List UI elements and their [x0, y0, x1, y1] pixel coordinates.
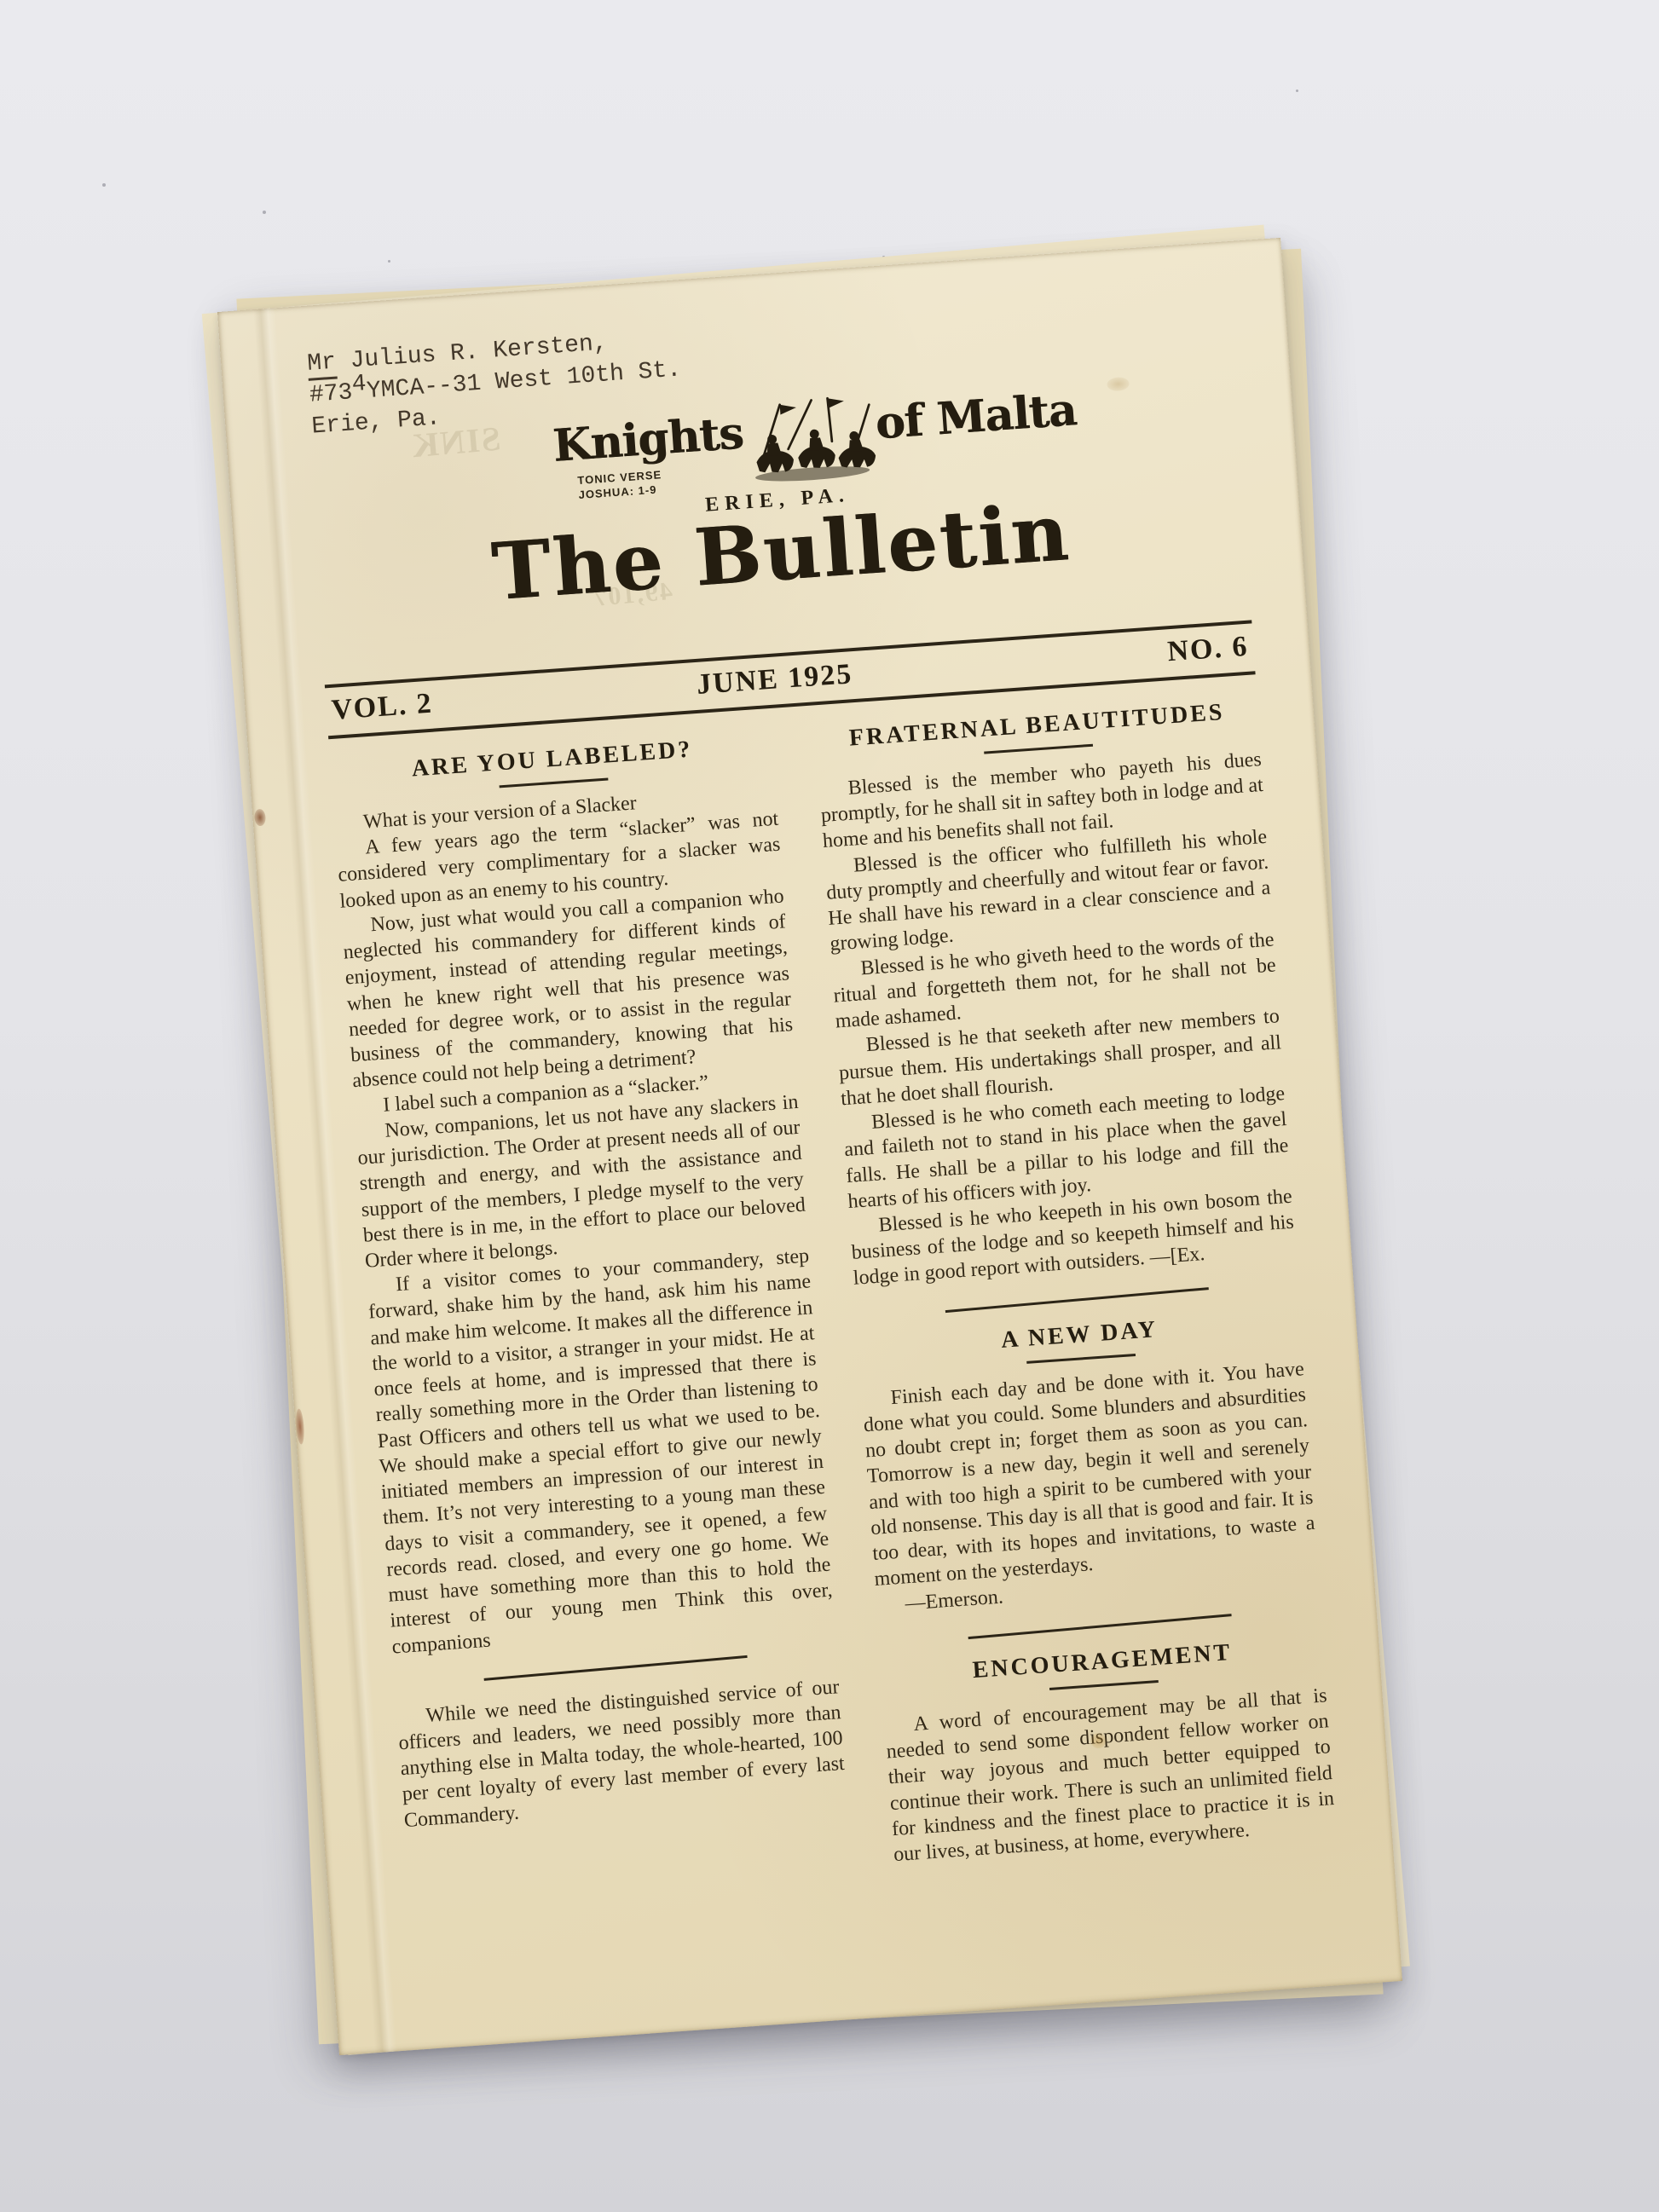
article-columns: ARE YOU LABELED? What is your version of… — [330, 693, 1337, 1902]
heading-rule — [984, 744, 1093, 754]
rust-stain — [254, 809, 266, 827]
issue-number: NO. 6 — [1166, 631, 1249, 669]
paragraph: Now, companions, let us not have any sla… — [355, 1089, 808, 1274]
article-loyalty-note: While we need the distinguished service … — [396, 1674, 847, 1834]
heading-rule — [1049, 1680, 1159, 1690]
paragraph: While we need the distinguished service … — [396, 1674, 847, 1834]
left-column: ARE YOU LABELED? What is your version of… — [330, 727, 853, 1902]
article-heading: A NEW DAY — [858, 1306, 1302, 1364]
paragraph: A word of encouragement may be all that … — [884, 1683, 1337, 1868]
paragraph: Finish each day and be done with it. You… — [861, 1356, 1318, 1593]
photo-backdrop: SINK 49,107 Mr Julius R. Kersten, #734YM… — [0, 0, 1659, 2212]
dust-speck — [263, 211, 266, 214]
article-encouragement: ENCOURAGEMENT A word of encouragement ma… — [881, 1632, 1338, 1868]
dust-speck — [388, 260, 390, 263]
masthead-area: Mr Julius R. Kersten, #734YMCA--31 West … — [301, 280, 1251, 684]
heading-rule — [500, 777, 609, 788]
section-divider-rule — [968, 1614, 1232, 1639]
article-heading: ARE YOU LABELED? — [330, 731, 774, 788]
typed-overstrike-digit: 4 — [351, 369, 367, 401]
knights-on-horseback-illustration — [736, 391, 885, 488]
dust-speck — [102, 183, 106, 187]
article-fraternal-beautitudes: FRATERNAL BEAUTITUDES Blessed is the mem… — [815, 696, 1297, 1291]
article-heading: FRATERNAL BEAUTITUDES — [815, 696, 1259, 754]
paragraph: If a visitor comes to your commandery, s… — [366, 1244, 835, 1660]
dust-speck — [1296, 90, 1298, 92]
masthead-word-knights: Knights — [551, 407, 744, 471]
heading-rule — [1026, 1354, 1136, 1364]
address-salutation: Mr — [306, 349, 337, 381]
article-are-you-labeled: ARE YOU LABELED? What is your version of… — [330, 731, 835, 1660]
section-divider-rule — [945, 1287, 1209, 1313]
bulletin-front-page: SINK 49,107 Mr Julius R. Kersten, #734YM… — [217, 238, 1402, 2055]
right-column: FRATERNAL BEAUTITUDES Blessed is the mem… — [814, 693, 1337, 1868]
article-a-new-day: A NEW DAY Finish each day and be done wi… — [858, 1306, 1320, 1619]
section-divider-rule — [484, 1655, 748, 1681]
rust-stain — [295, 1408, 305, 1445]
masthead-word-of-malta: of Malta — [874, 384, 1078, 449]
paragraph: Now, just what would you call a companio… — [341, 883, 795, 1094]
article-heading: ENCOURAGEMENT — [881, 1632, 1325, 1690]
